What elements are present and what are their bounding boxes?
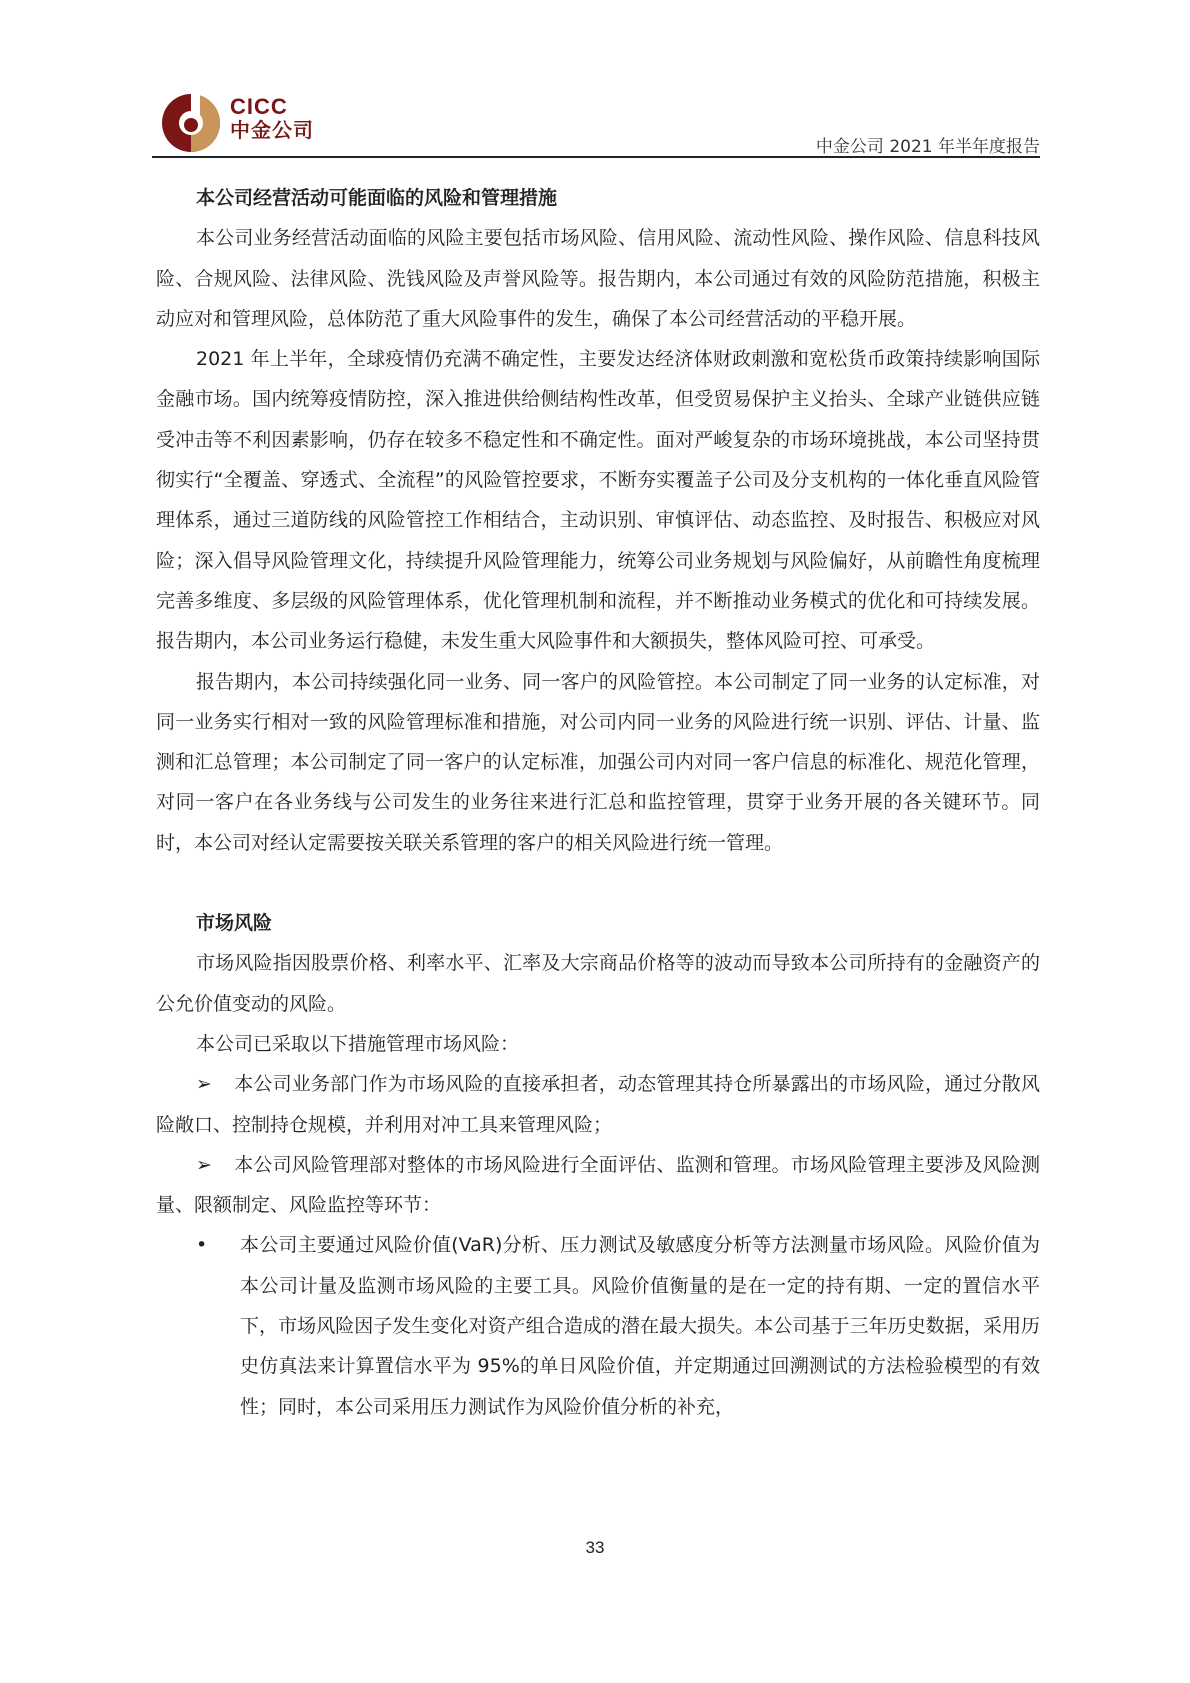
- header-divider: [152, 156, 1040, 158]
- paragraph: 市场风险指因股票价格、利率水平、汇率及大宗商品价格等的波动而导致本公司所持有的金…: [156, 943, 1040, 1024]
- paragraph: 本公司业务经营活动面临的风险主要包括市场风险、信用风险、流动性风险、操作风险、信…: [156, 218, 1040, 339]
- section-heading: 本公司经营活动可能面临的风险和管理措施: [156, 178, 1040, 218]
- logo-wordmark: CICC 中金公司: [230, 96, 314, 142]
- paragraph: 2021 年上半年，全球疫情仍充满不确定性，主要发达经济体财政刺激和宽松货币政策…: [156, 339, 1040, 661]
- section-heading: 市场风险: [156, 903, 1040, 943]
- paragraph: 本公司已采取以下措施管理市场风险：: [156, 1024, 1040, 1064]
- logo-english: CICC: [230, 96, 314, 118]
- logo-chinese: 中金公司: [230, 118, 314, 142]
- list-item-text: 本公司风险管理部对整体的市场风险进行全面评估、监测和管理。市场风险管理主要涉及风…: [156, 1154, 1040, 1216]
- paragraph: 报告期内，本公司持续强化同一业务、同一客户的风险管控。本公司制定了同一业务的认定…: [156, 662, 1040, 863]
- arrow-list-item: ➢本公司风险管理部对整体的市场风险进行全面评估、监测和管理。市场风险管理主要涉及…: [156, 1145, 1040, 1226]
- page-header: CICC 中金公司 中金公司 2021 年半年度报告: [152, 88, 1040, 160]
- arrow-bullet-icon: ➢: [196, 1064, 234, 1104]
- bullet-list-item: •本公司主要通过风险价值(VaR)分析、压力测试及敏感度分析等方法测量市场风险。…: [156, 1225, 1040, 1426]
- section-spacer: [156, 863, 1040, 903]
- report-title: 中金公司 2021 年半年度报告: [816, 132, 1040, 157]
- arrow-bullet-icon: ➢: [196, 1145, 234, 1185]
- list-item-text: 本公司主要通过风险价值(VaR)分析、压力测试及敏感度分析等方法测量市场风险。风…: [240, 1234, 1040, 1417]
- dot-bullet-icon: •: [196, 1225, 207, 1265]
- cicc-logo-icon: [160, 92, 222, 154]
- page-number: 33: [0, 1538, 1190, 1558]
- document-body: 本公司经营活动可能面临的风险和管理措施 本公司业务经营活动面临的风险主要包括市场…: [156, 178, 1040, 1427]
- list-item-text: 本公司业务部门作为市场风险的直接承担者，动态管理其持仓所暴露出的市场风险，通过分…: [156, 1073, 1040, 1135]
- arrow-list-item: ➢本公司业务部门作为市场风险的直接承担者，动态管理其持仓所暴露出的市场风险，通过…: [156, 1064, 1040, 1145]
